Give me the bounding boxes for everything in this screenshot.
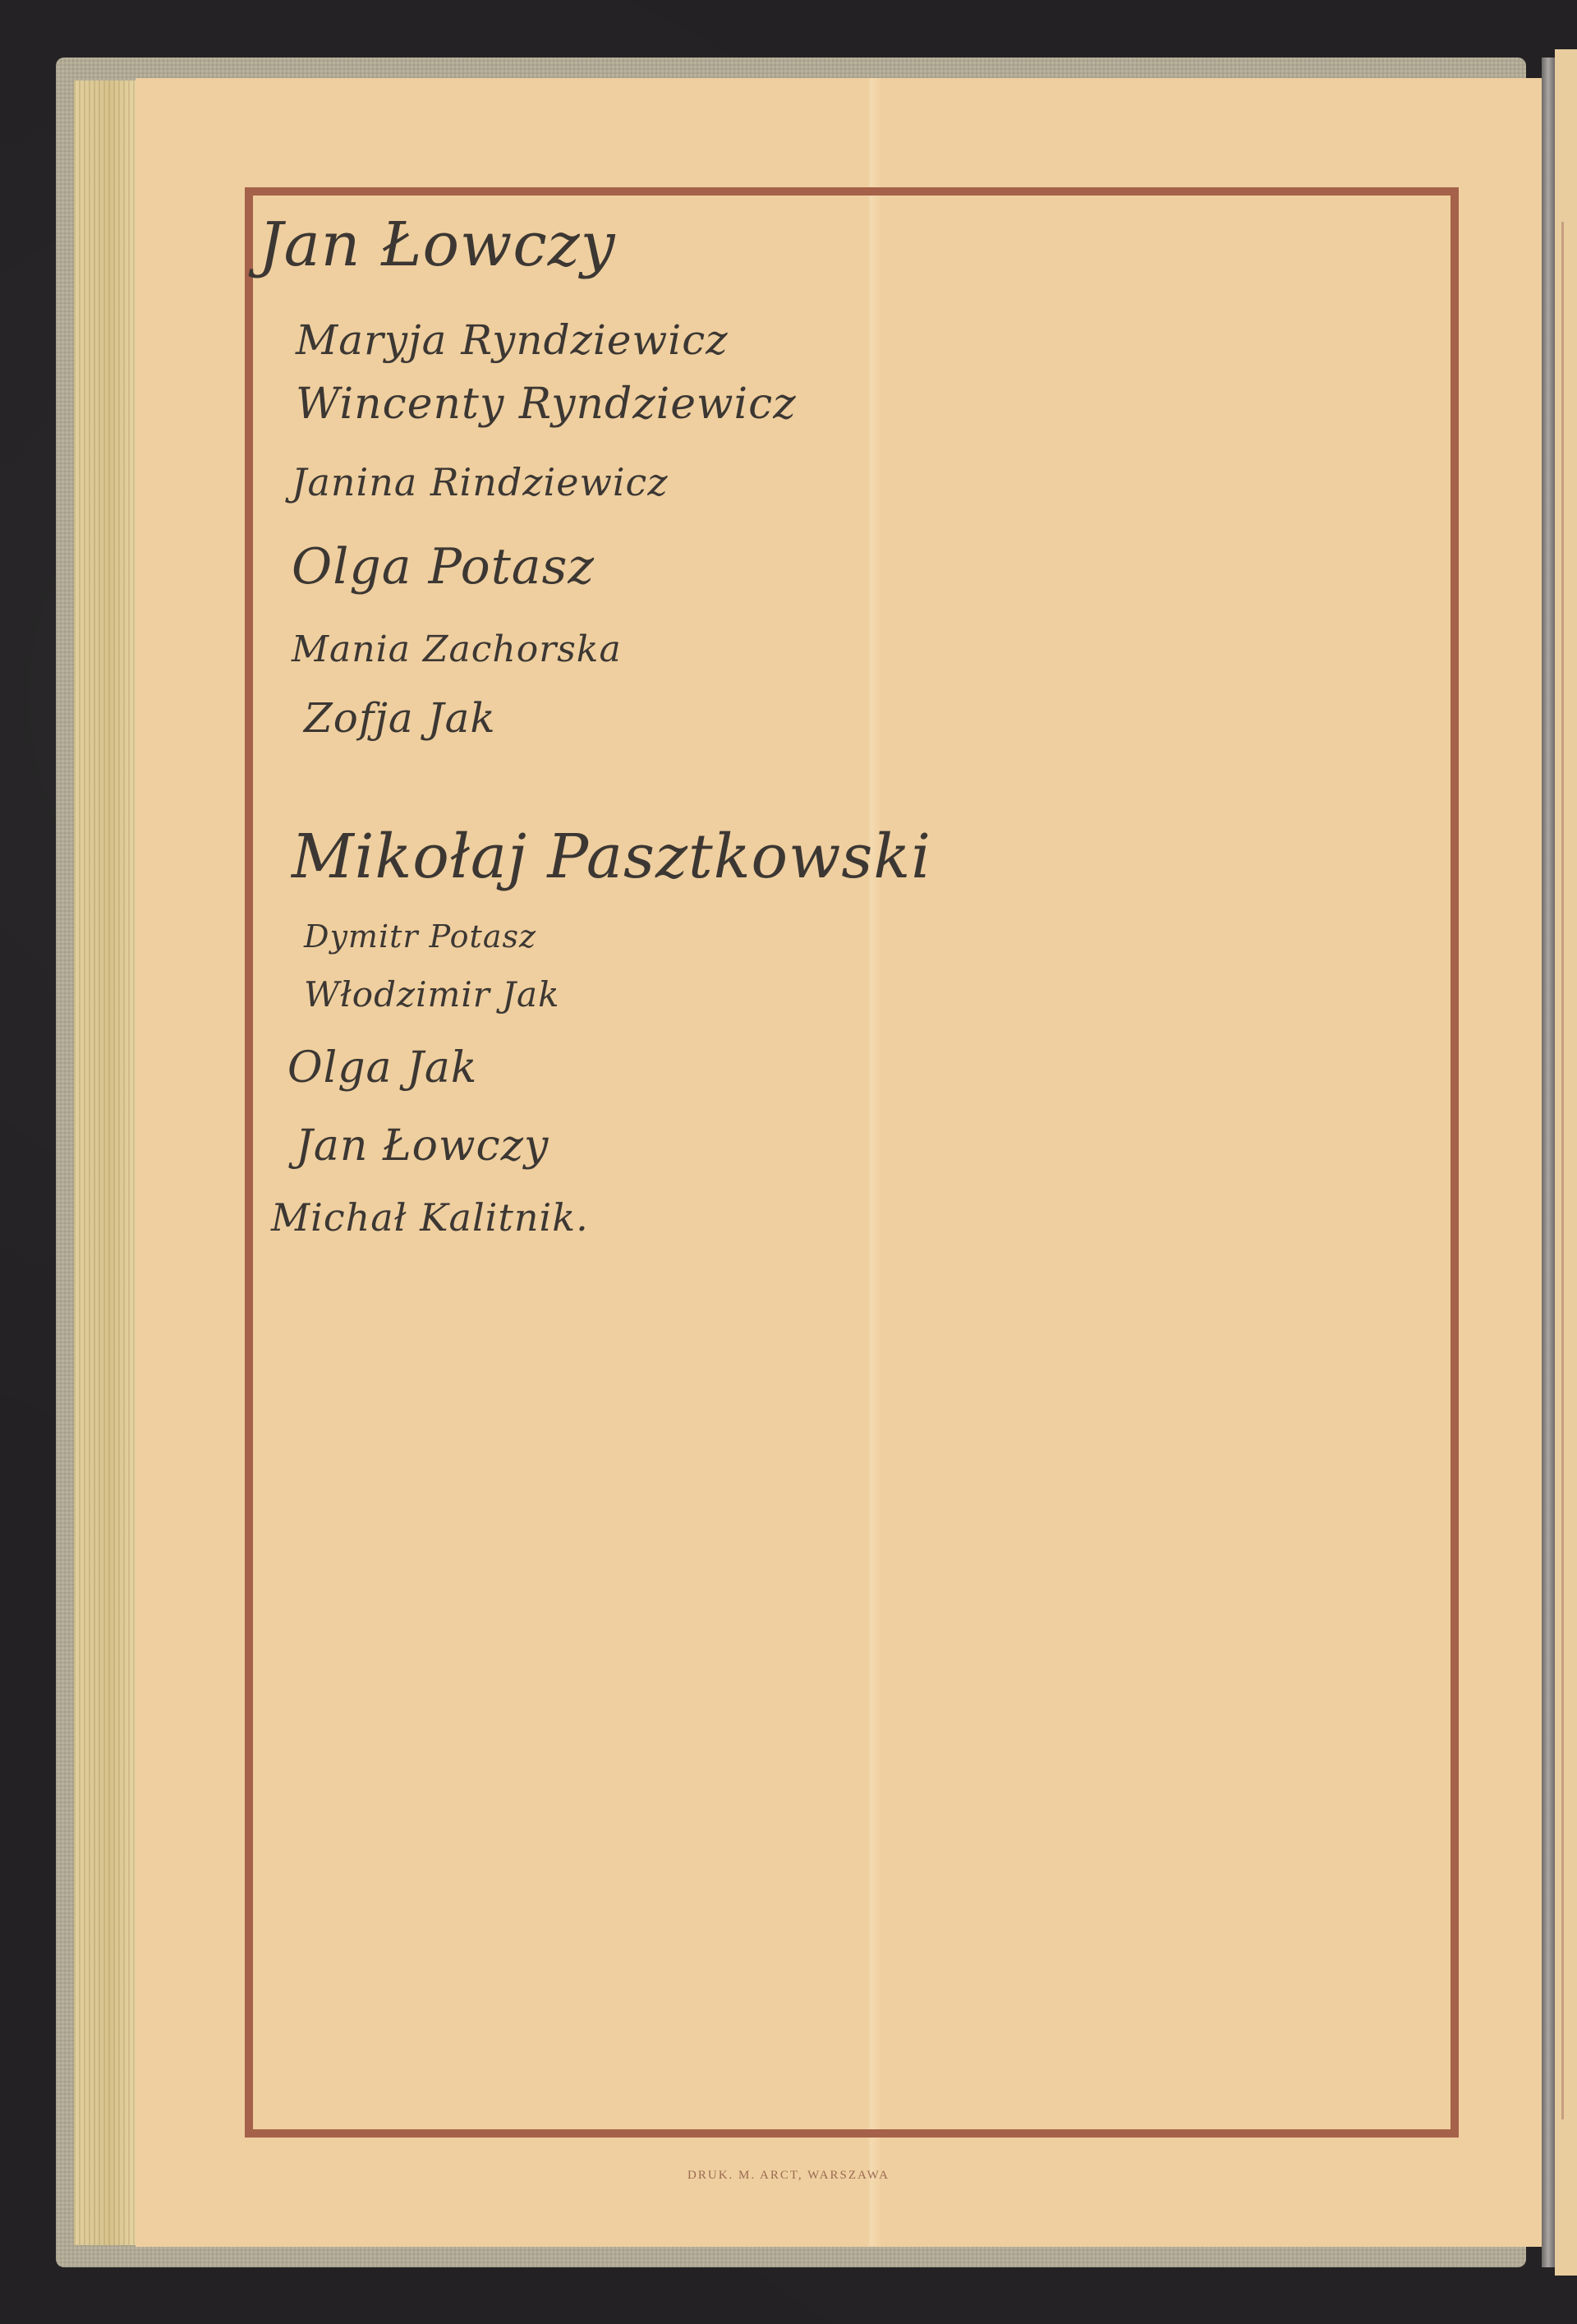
signature: Jan Łowczy xyxy=(259,209,616,280)
signature: Dymitr Potasz xyxy=(304,918,536,955)
signature: Zofja Jak xyxy=(304,694,496,742)
signature-list: Jan Łowczy Maryja Ryndziewicz Wincenty R… xyxy=(0,0,1577,2324)
signature: Janina Rindziewicz xyxy=(292,460,669,504)
printer-imprint: DRUK. M. ARCT, WARSZAWA xyxy=(0,2169,1577,2183)
signature: Maryja Ryndziewicz xyxy=(296,316,729,364)
signature: Olga Potasz xyxy=(292,538,595,596)
signature: Włodzimir Jak xyxy=(304,974,560,1015)
signature: Mikołaj Pasztkowski xyxy=(292,821,931,892)
signature: Jan Łowczy xyxy=(296,1121,549,1171)
signature: Olga Jak xyxy=(287,1043,477,1093)
signature: Michał Kalitnik. xyxy=(271,1195,589,1240)
signature: Wincenty Ryndziewicz xyxy=(296,380,797,429)
signature: Mania Zachorska xyxy=(292,628,622,670)
